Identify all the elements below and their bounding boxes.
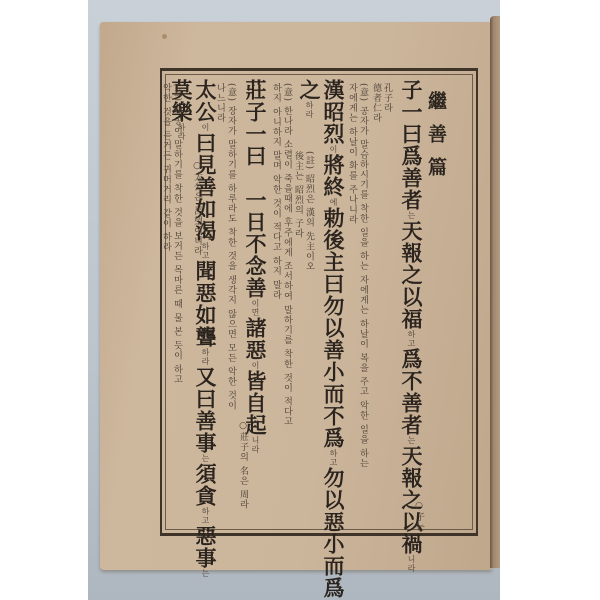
text-segment: 又曰善事: [193, 366, 218, 454]
text-segment: 太公: [193, 79, 218, 123]
column-note-2b: 德者仁라: [370, 83, 383, 123]
column-main-4-cont: 之하라: [294, 79, 324, 119]
text-segment: 惡事: [193, 525, 218, 569]
book-spine-edge: [490, 16, 500, 568]
column-note-6b: 하지 아니하지 말며 악한 것이 적다고 하지 말라: [270, 83, 283, 300]
gloss: 는: [201, 454, 210, 463]
gloss: 하고: [201, 507, 210, 525]
gloss: 니라: [407, 555, 416, 573]
column-note-10: ○太公은 呂望이니라: [191, 161, 204, 256]
chapter-title: 繼善篇: [423, 91, 450, 190]
gloss: 하고: [407, 330, 416, 348]
gloss: 는: [407, 211, 416, 220]
text-segment: 爲不善者: [399, 348, 424, 436]
text-segment: 勅後主曰勿以善小而不爲: [321, 207, 346, 449]
gloss: 이: [251, 361, 260, 370]
text-segment: 天報之以福: [399, 220, 424, 330]
text-segment: 一日不念善: [243, 189, 268, 299]
gloss: 니라: [251, 436, 260, 454]
text-segment: 勿以惡小而爲: [321, 467, 346, 599]
gloss: 이면: [251, 299, 260, 317]
gloss: 는: [407, 436, 416, 445]
column-note-11b: 악한 것을 듣거든 귀머거리 같이 하라: [160, 83, 173, 252]
column-end-mark: ○子는: [413, 501, 426, 532]
text-segment: 天報之以禍: [399, 445, 424, 555]
column-main-9: 太公이曰見善如渴하고聞惡如聾하라又曰善事는須貪하고惡事는: [190, 79, 220, 578]
text-segment: 莊子一曰: [243, 79, 268, 167]
gloss: 이: [329, 145, 338, 154]
text-segment: 將終: [321, 154, 346, 198]
column-main-1: 子一曰爲善者는天報之以福하고爲不善者는天報之以禍니라: [396, 79, 426, 573]
gloss: 이: [201, 123, 210, 132]
column-note-7: ○莊子의 名은 周라: [237, 421, 250, 510]
white-margin-left: [0, 0, 88, 600]
gloss: 에: [329, 198, 338, 207]
paper-stain: [162, 34, 167, 39]
text-segment: 之: [297, 79, 322, 101]
gloss: 하라: [201, 348, 210, 366]
gloss: 하라: [305, 101, 314, 119]
text-frame: 繼善篇 子一曰爲善者는天報之以福하고爲不善者는天報之以禍니라 ○子는 孔子라 德…: [160, 68, 478, 536]
text-segment: 漢昭烈: [321, 79, 346, 145]
text-segment: 須貪: [193, 463, 218, 507]
text-segment: 諸惡: [243, 317, 268, 361]
column-note-8a: (意) 장자가 말하기를 하루라도 착한 것을 생각지 않으면 모든 악한 것이: [225, 83, 238, 411]
column-main-4: 漢昭烈이將終에勅後主曰勿以善小而不爲하고勿以惡小而爲: [318, 79, 348, 599]
column-main-7: 莊子一曰 一日不念善이면諸惡이皆自起니라: [240, 79, 270, 454]
text-segment: 聞惡如聾: [193, 260, 218, 348]
text-segment: 子一曰爲善者: [399, 79, 424, 211]
gloss: 는: [201, 569, 210, 578]
gloss: 하고: [329, 449, 338, 467]
